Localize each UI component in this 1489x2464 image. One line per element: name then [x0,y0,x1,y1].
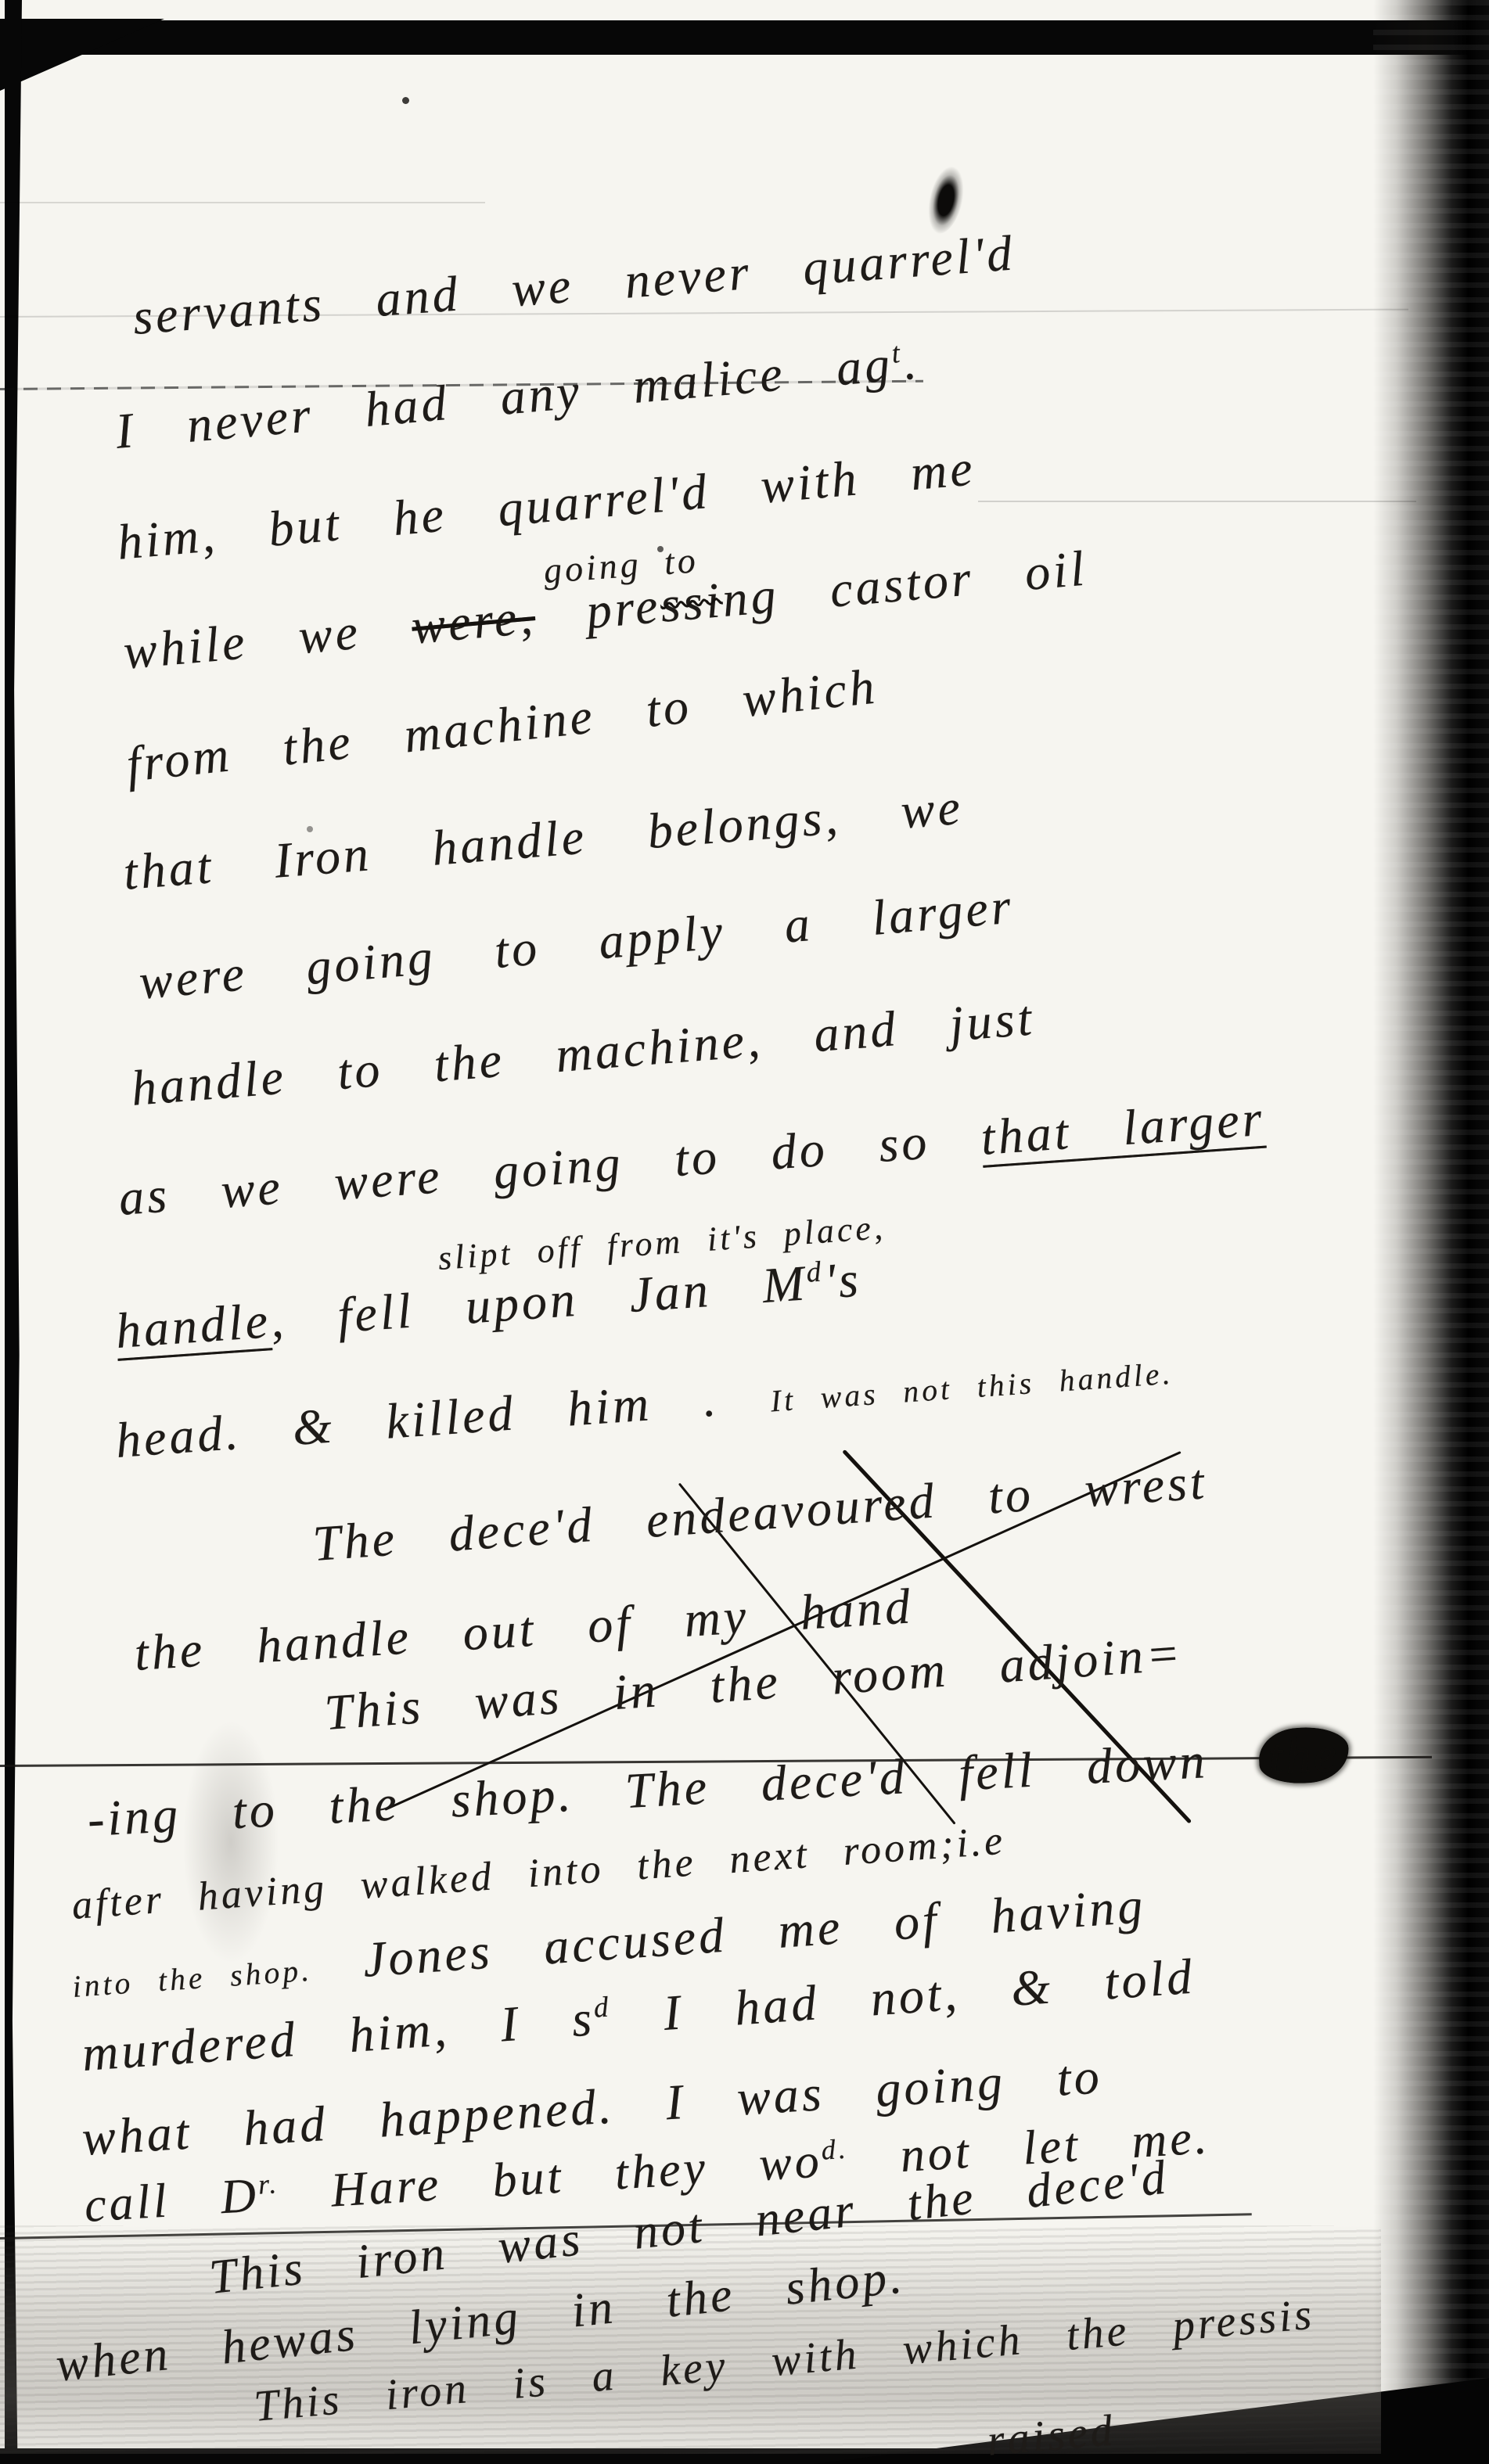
line-text: had [733,1974,822,2035]
line-text: r. [257,2168,280,2200]
line-text: Hare [329,2157,443,2217]
line-text: handle [129,1049,288,1116]
line-text: & [1009,1958,1056,2017]
line-text: just [948,990,1037,1051]
line-text: This [252,2375,343,2431]
line-text: Iron [272,825,373,888]
line-text: not, [869,1965,961,2027]
line-text: me [908,440,977,501]
line-text: the [708,1653,782,1713]
line-text: with [769,2329,861,2386]
line-text: having [196,1866,329,1919]
line-text: -ing [86,1787,182,1847]
line-text: This [323,1678,426,1740]
line-text: Jones [361,1923,494,1988]
manuscript-page: servants and we never quarrel'd I never … [0,0,1489,2464]
line-text: next [728,1832,811,1882]
line-text: never [623,244,753,309]
line-text: The [311,1510,400,1571]
ink-speck [402,97,409,104]
line-text: out [461,1601,538,1661]
line-text: near [753,2183,859,2247]
line-text: , [268,1291,288,1348]
line-text: was [495,2212,585,2274]
line-text: into [527,1847,606,1897]
line-text: it's [706,1216,761,1259]
top-edge-bar [0,20,1489,55]
line-text: & [290,1398,336,1456]
line-text: oil [1023,540,1089,601]
line-text: ag [834,336,895,396]
line-text: is [1277,2290,1317,2342]
line-text: a [590,2351,619,2402]
line-text: of [892,1892,941,1951]
line-text: to [643,677,694,738]
line-text: shop. [450,1765,575,1827]
line-text: . [901,333,922,390]
line-text: to [336,1041,385,1100]
line-text: but [491,2150,565,2207]
line-text: him [565,1375,653,1436]
line-text: hand [799,1578,915,1640]
line-text: happened. [378,2078,617,2147]
line-text: room [830,1641,950,1704]
left-edge-strip [5,0,22,2464]
line-text: call [83,2174,171,2232]
line-text: but [266,495,344,557]
line-5: from the machine to which [124,659,879,791]
line-text: my [682,1588,750,1647]
line-text: malice [631,345,787,414]
line-text: fell [957,1742,1036,1801]
line-text: with [758,450,861,514]
line-text: raised [985,2406,1117,2464]
line-9: as we were going to do so that larger [117,1092,1267,1224]
line-7: were going to apply a larger [137,879,1016,1008]
line-text: which [739,658,879,727]
line-text: key [658,2341,730,2395]
line-text: place, [782,1208,887,1253]
line-text: i.e [955,1819,1006,1866]
line-text: handle [255,1608,413,1673]
line-text: having [989,1877,1148,1944]
line-12-struck: The dece'd endeavoured to wrest [311,1455,1209,1570]
line-text: the [1064,2306,1131,2360]
line-text: down [1085,1733,1209,1794]
line-2: I never had any malice agt. [113,335,922,458]
line-text: pre [584,577,663,639]
line-text: The [624,1758,711,1819]
line-text: apply [596,903,728,970]
line-text: from [124,726,234,792]
line-text: the [664,2268,737,2328]
line-text: slipt [437,1234,514,1277]
line-text: were [333,1148,444,1210]
line-text: in [569,2280,618,2338]
line-text: told [1102,1949,1196,2010]
line-text: going [874,2054,1007,2117]
line-text: the [1257,1726,1350,1786]
line-text: I [498,1995,522,2053]
line-text: press [1171,2293,1281,2351]
top-left-corner-shadow [0,19,164,91]
line-text: I [113,402,138,459]
line-text: 's [823,1251,863,1309]
line-text: ng [720,567,781,627]
line-text: d. [820,2133,849,2166]
line-text: belongs, [646,788,843,859]
line-text: to [1055,2048,1103,2106]
line-text: handle [114,1292,273,1359]
line-text: walked [359,1854,496,1908]
line-text: were, [409,588,538,655]
line-text: machine [401,688,598,763]
line-text: room; [842,1822,958,1874]
line-text: wrest [1083,1453,1209,1518]
line-text: he [390,486,448,546]
line-text: him, [115,506,220,570]
line-text: they [613,2141,710,2200]
line-text: that larger [979,1090,1266,1166]
line-text: as [117,1167,172,1226]
line-text: castor [828,550,976,618]
line-text: It was not this handle. [769,1356,1174,1419]
ink-blot [923,163,969,238]
line-1: servants and we never quarrel'd [131,226,1017,343]
line-text: to [673,1128,722,1187]
line-text: the [432,1032,506,1093]
line-text: of [586,1595,635,1653]
line-text: machine, [554,1011,765,1083]
line-text: was [271,2308,361,2369]
line-text: off [536,1229,584,1270]
line-text: handle [430,809,588,876]
line-text: from [606,1222,685,1266]
line-text: is [511,2357,551,2408]
line-text: iron [383,2364,471,2419]
line-text: servants [131,275,326,345]
line-text: quarrel'd [495,463,711,537]
line-text: D [219,2168,261,2224]
line-6: that Iron handle belongs, we [121,781,965,899]
line-text: had [362,375,451,437]
line-text: wo [757,2134,823,2191]
line-text: the [280,713,356,776]
line-text: after [70,1877,166,1928]
line-text: killed [384,1385,518,1449]
line-text: was [473,1668,563,1730]
line-24: raised [985,2408,1117,2464]
line-text: the [328,1775,401,1834]
line-text: me [776,1898,844,1959]
line-text: quarrel'd [801,224,1017,296]
line-text: we [297,604,363,665]
line-text: that [121,838,216,900]
line-text: and [811,1000,900,1062]
line-text: upon [463,1271,580,1334]
line-text: while [121,613,250,680]
line-text: I [664,2074,688,2130]
line-text: Jan [628,1262,713,1323]
right-scan-band [1373,0,1489,2464]
line-text: a [782,896,815,954]
scan-line [0,202,485,203]
line-text: we [219,1158,285,1218]
line-text: dece'd [760,1748,908,1812]
line-text: adjoin= [998,1625,1185,1693]
scan-line [978,501,1416,502]
line-text: so [877,1114,932,1173]
line-text: was [736,2065,826,2126]
line-text: do [769,1121,829,1180]
line-text: to [492,919,542,979]
line-text: he [219,2316,276,2375]
line-text: accused [542,1907,729,1975]
line-text: ssi [658,572,725,633]
line-3: him, but he quarrel'd with me [115,441,977,569]
line-text: going [304,928,437,995]
line-text: larger [869,878,1016,946]
line-text: in [611,1661,660,1720]
line-text: . [701,1370,721,1427]
line-text: not [631,2200,707,2260]
line-text: were [137,945,250,1010]
line-text: and [374,265,462,327]
line-8: handle to the machine, and just [129,991,1036,1115]
line-text: had [242,2096,329,2156]
line-text: iron [354,2226,451,2289]
line-text: d [592,1991,612,2024]
line-text: head. [114,1404,243,1468]
line-text: to [231,1781,279,1839]
line-11: head. & killed him . It was not this han… [114,1341,1174,1467]
line-text: him, [347,2000,451,2063]
line-text: M [761,1255,809,1313]
line-text: d [805,1255,825,1288]
line-text: to [986,1466,1035,1525]
line-text: fell [336,1282,415,1343]
line-text: the [133,1622,207,1681]
line-text: never [185,386,316,453]
line-text: I [662,1984,685,2041]
line-text: any [498,363,584,426]
line-text: endeavoured [644,1472,938,1548]
line-text: dece'd [447,1496,596,1562]
line-text: what [81,2103,194,2165]
line-text: the [905,2171,978,2231]
line-text: This [207,2241,308,2304]
line-text: murdered [81,2011,300,2081]
line-text: the [635,1840,697,1888]
line-text: going [491,1135,624,1199]
line-text: we [899,779,965,839]
line-text: we [509,257,575,318]
